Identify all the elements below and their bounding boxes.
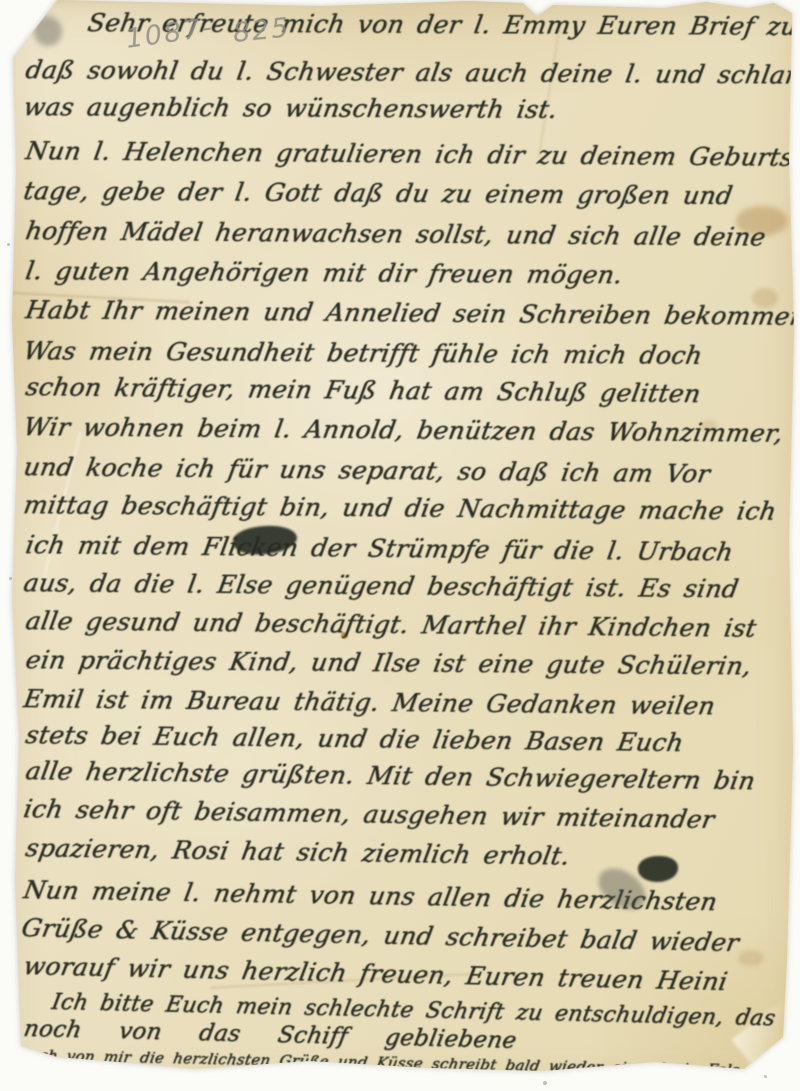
scanned-letter-page: { "scan": { "background_color": "#fbfbf8… <box>0 0 800 1091</box>
pencil-annotation-layer: 1087-825 <box>0 0 800 1091</box>
letter-paper: Sehr erfreute mich von der l. Emmy Euren… <box>0 0 800 1091</box>
pencil-archive-number: 825 <box>231 12 291 49</box>
pencil-archive-number: 1087- <box>124 12 216 55</box>
letter-paper-wrapper: Sehr erfreute mich von der l. Emmy Euren… <box>0 0 800 1091</box>
